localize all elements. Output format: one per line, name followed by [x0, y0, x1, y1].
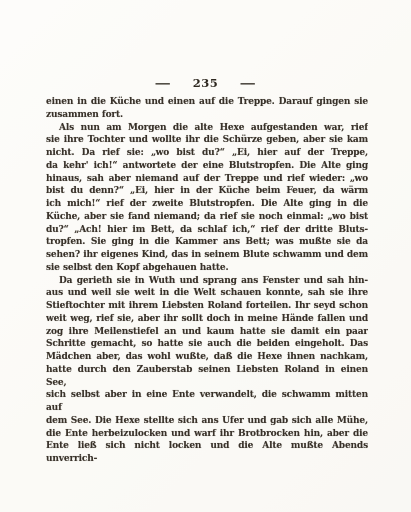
- text-line: einen in die Küche und einen auf die Tre…: [46, 96, 368, 109]
- text-line: da kehr' ich!“ antwortete der eine Bluts…: [46, 160, 368, 173]
- text-line: Stieftochter mit ihrem Liebsten Roland f…: [46, 300, 368, 313]
- text-line: Als nun am Morgen die alte Hexe aufgesta…: [46, 122, 368, 135]
- text-line: Schritte gemacht, so hatte sie auch die …: [46, 338, 368, 351]
- text-line: sie selbst den Kopf abgehauen hatte.: [46, 262, 368, 275]
- text-line: zusammen fort.: [46, 109, 368, 122]
- page-number: 235: [193, 76, 219, 90]
- text-line: die Ente herbeizulocken und warf ihr Bro…: [46, 428, 368, 441]
- text-line: Mädchen aber, das wohl wußte, daß die He…: [46, 351, 368, 364]
- text-line: du?“ „Ach! hier im Bett, da schlaf ich,“…: [46, 224, 368, 237]
- text-line: nicht. Da rief sie: „wo bist du?“ „Ei, h…: [46, 147, 368, 160]
- text-line: hinaus, sah aber niemand auf der Treppe …: [46, 173, 368, 186]
- header-dash-right: —: [240, 76, 257, 90]
- text-line: Küche, aber sie fand niemand; da rief si…: [46, 211, 368, 224]
- text-line: zog ihre Meilenstiefel an und kaum hatte…: [46, 326, 368, 339]
- text-line: aus und weil sie weit in die Welt schaue…: [46, 287, 368, 300]
- text-line: sehen? ihr eigenes Kind, das in seinem B…: [46, 249, 368, 262]
- text-line: Da gerieth sie in Wuth und sprang ans Fe…: [46, 275, 368, 288]
- text-line: tropfen. Sie ging in die Kammer ans Bett…: [46, 236, 368, 249]
- text-block: einen in die Küche und einen auf die Tre…: [46, 96, 368, 466]
- text-line: weit weg, rief sie, aber ihr sollt doch …: [46, 313, 368, 326]
- book-page-scan: — 235 — einen in die Küche und einen auf…: [0, 0, 411, 512]
- text-line: ich mich!“ rief der zweite Blutstropfen.…: [46, 198, 368, 211]
- page-header: — 235 —: [0, 76, 411, 90]
- text-line: bist du denn?“ „Ei, hier in der Küche be…: [46, 185, 368, 198]
- header-dash-left: —: [154, 76, 171, 90]
- text-line: dem See. Die Hexe stellte sich ans Ufer …: [46, 415, 368, 428]
- text-line: hatte durch den Zauberstab seinen Liebst…: [46, 364, 368, 390]
- text-line: Ente ließ sich nicht locken und die Alte…: [46, 440, 368, 466]
- text-line: sich selbst aber in eine Ente verwandelt…: [46, 389, 368, 415]
- text-line: sie ihre Tochter und wollte ihr die Schü…: [46, 134, 368, 147]
